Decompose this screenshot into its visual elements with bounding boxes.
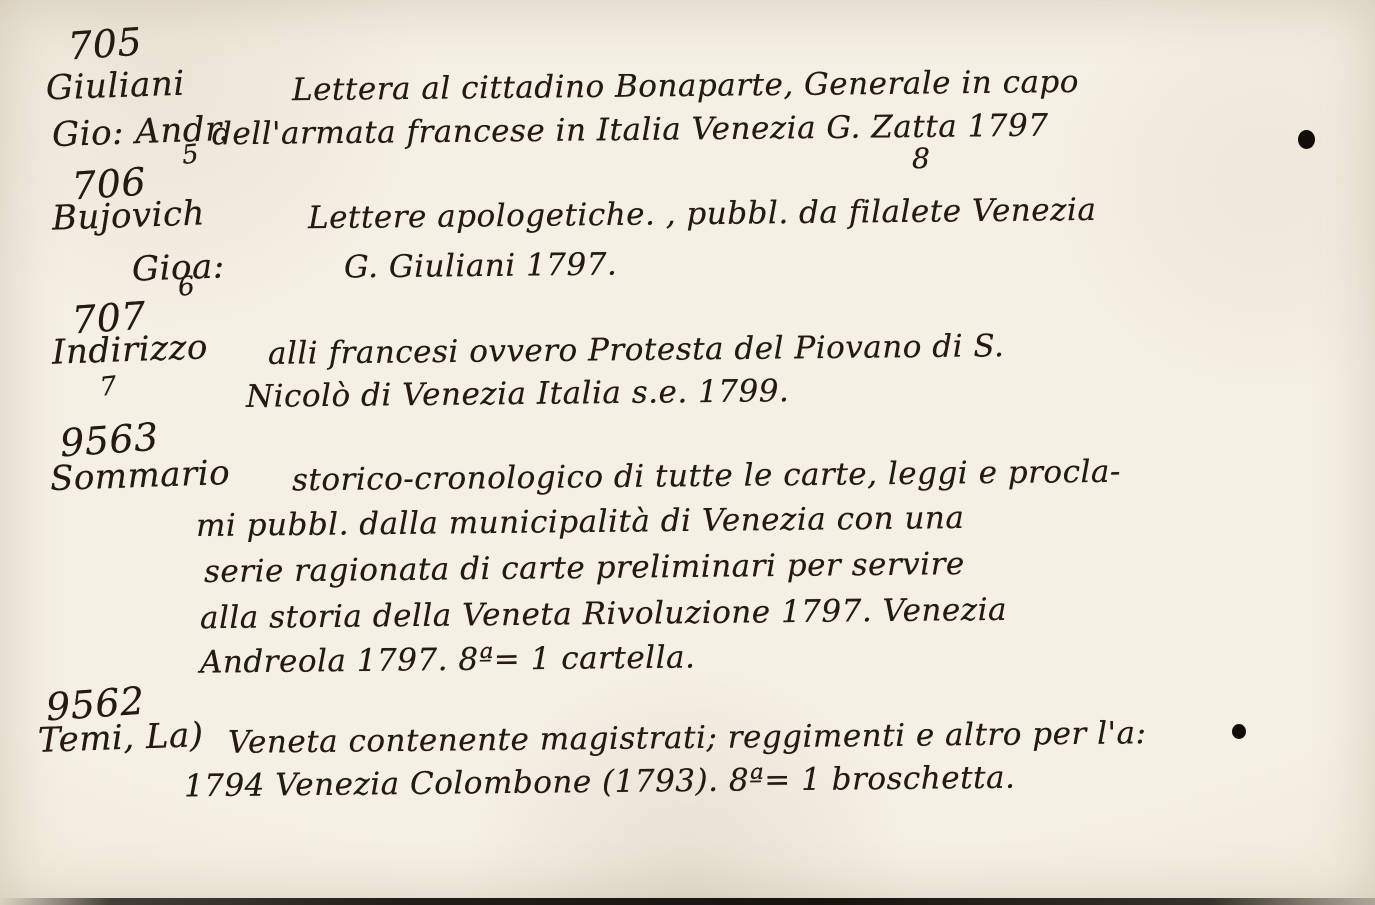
entry-title-line: Lettere apologetiche. , pubbl. da filale… [308, 192, 1097, 236]
entry-title-line: alli francesi ovvero Protesta del Piovan… [268, 328, 1005, 372]
entry-number: 705 [67, 19, 144, 68]
entry-headword: Sommario [49, 453, 230, 499]
entry-author-surname: Bujovich [51, 193, 205, 238]
entry-title-line: serie ragionata di carte preliminari per… [204, 546, 965, 590]
catalog-page: 705 Giuliani Lettera al cittadino Bonapa… [0, 0, 1375, 905]
entry-imprint-line: Andreola 1797. 8ª= 1 cartella. [200, 639, 696, 680]
ink-dot [1232, 724, 1246, 739]
entry-imprint-line: G. Giuliani 1797. [344, 247, 618, 286]
entry-title-line: Lettera al cittadino Bonaparte, Generale… [292, 64, 1079, 108]
format-octavo-mark: 8 [912, 142, 930, 175]
entry-title-line: storico-cronologico di tutte le carte, l… [292, 454, 1121, 499]
entry-author-forename: Gio: Andr. [51, 109, 230, 155]
entry-imprint-line: Nicolò di Venezia Italia s.e. 1799. [246, 373, 790, 415]
entry-author-surname: Giuliani [45, 64, 185, 109]
tally-digit: 6 [176, 271, 196, 303]
entry-title-line: mi pubbl. dalla municipalità di Venezia … [196, 500, 965, 544]
ink-dot [1298, 130, 1315, 149]
entry-title-line: alla storia della Veneta Rivoluzione 179… [200, 592, 1007, 636]
scan-edge-shadow [0, 898, 1375, 905]
tally-digit: 7 [98, 371, 118, 403]
entry-headword: Indirizzo [51, 327, 208, 372]
tally-digit: 5 [180, 139, 200, 171]
entry-imprint-line: 1794 Venezia Colombone (1793). 8ª= 1 bro… [184, 760, 1016, 805]
entry-title-line: Veneta contenente magistrati; reggimenti… [228, 715, 1147, 761]
entry-headword: Temi, La) [37, 715, 204, 761]
